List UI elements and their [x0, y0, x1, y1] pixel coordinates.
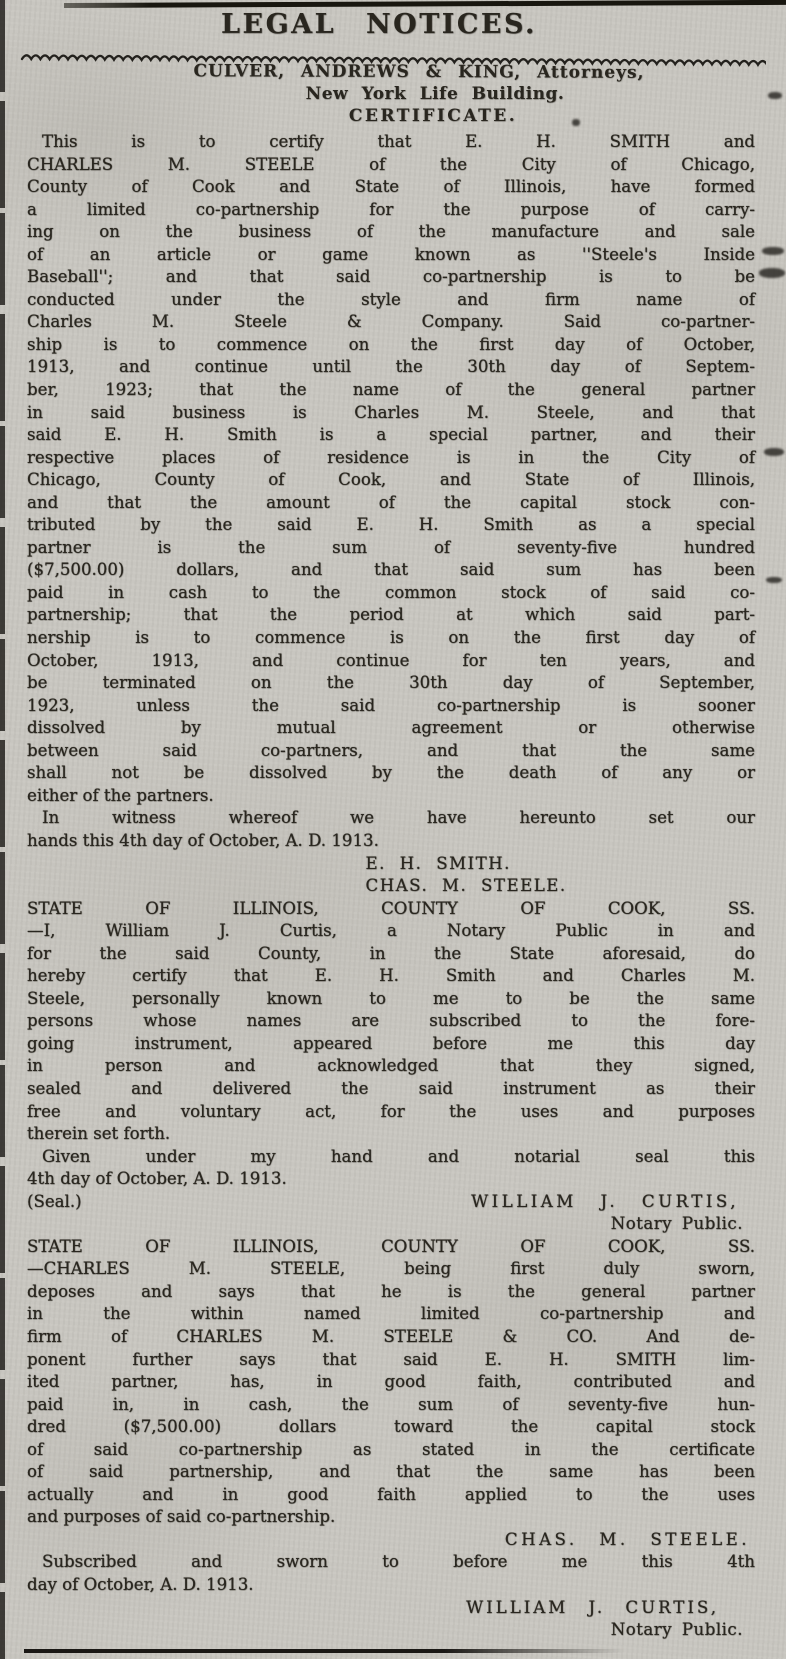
notice-text-line: deposes and says that he is the general … — [27, 1281, 755, 1304]
notice-text-line: dred ($7,500.00) dollars toward the capi… — [27, 1416, 755, 1439]
newspaper-clipping: LEGAL NOTICES. CULVER, ANDREWS & KING, A… — [0, 0, 786, 1659]
ink-smudge — [759, 268, 785, 278]
notice-text-line: actually and in good faith applied to th… — [27, 1484, 755, 1507]
notice-text-line: of said co-partnership as stated in the … — [27, 1439, 755, 1462]
notice-text-line: Notary Public. — [27, 1213, 755, 1236]
ink-smudge — [572, 119, 580, 126]
notice-text-line: free and voluntary act, for the uses and… — [27, 1101, 755, 1124]
notice-text-line: Steele, personally known to me to be the… — [27, 988, 755, 1011]
notice-text-line: dissolved by mutual agreement or otherwi… — [27, 717, 755, 740]
notice-text-line: STATE OF ILLINOIS, COUNTY OF COOK, SS. — [27, 1236, 755, 1259]
notice-text-line: Chicago, County of Cook, and State of Il… — [27, 469, 755, 492]
notice-text-line: hereby certify that E. H. Smith and Char… — [27, 965, 755, 988]
notice-text-line: ing on the business of the manufacture a… — [27, 221, 755, 244]
column-left-border-rule — [0, 0, 5, 1659]
seal-and-signature-row: (Seal.)WILLIAM J. CURTIS, — [27, 1191, 755, 1214]
notice-text-line: day of October, A. D. 1913. — [27, 1574, 755, 1597]
notice-text-line: This is to certify that E. H. SMITH and — [27, 131, 755, 154]
notice-text-line: Charles M. Steele & Company. Said co-par… — [27, 311, 755, 334]
ink-smudge — [768, 92, 782, 99]
notice-text-line: of an article or game known as ''Steele'… — [27, 244, 755, 267]
notary-signature: WILLIAM J. CURTIS, — [471, 1191, 755, 1214]
notice-text-line: Notary Public. — [27, 1619, 755, 1642]
notice-text-line: for the said County, in the State afores… — [27, 943, 755, 966]
notice-text-line: sealed and delivered the said instrument… — [27, 1078, 755, 1101]
ink-smudge — [766, 577, 782, 583]
notice-text-line: ship is to commence on the first day of … — [27, 334, 755, 357]
signature-line: WILLIAM J. CURTIS, — [27, 1597, 755, 1620]
notice-text-line: ponent further says that said E. H. SMIT… — [27, 1349, 755, 1372]
ink-smudge — [762, 247, 784, 255]
notice-text-line: In witness whereof we have hereunto set … — [27, 807, 755, 830]
notice-text-line: and purposes of said co-partnership. — [27, 1506, 755, 1529]
notice-text-line: Subscribed and sworn to before me this 4… — [27, 1551, 755, 1574]
notice-text-line: nership is to commence is on the first d… — [27, 627, 755, 650]
attorneys-line: CULVER, ANDREWS & KING, Attorneys, — [55, 61, 783, 85]
notice-text-line: County of Cook and State of Illinois, ha… — [27, 176, 755, 199]
top-border-rule — [64, 0, 786, 8]
notice-text-line: firm of CHARLES M. STEELE & CO. And de- — [27, 1326, 755, 1349]
notice-text-line: tributed by the said E. H. Smith as a sp… — [27, 514, 755, 537]
ink-smudge — [764, 448, 784, 456]
notice-text-line: either of the partners. — [27, 785, 755, 808]
notice-text-line: paid in cash to the common stock of said… — [27, 582, 755, 605]
notice-text-line: of said partnership, and that the same h… — [27, 1461, 755, 1484]
notice-text-line: ber, 1923; that the name of the general … — [27, 379, 755, 402]
notice-text-line: conducted under the style and firm name … — [27, 289, 755, 312]
notice-text-line: in said business is Charles M. Steele, a… — [27, 402, 755, 425]
bottom-border-rule — [24, 1649, 624, 1653]
section-header: LEGAL NOTICES. — [0, 9, 772, 41]
notice-text-line: Baseball''; and that said co-partnership… — [27, 266, 755, 289]
notice-text-line: partnership; that the period at which sa… — [27, 604, 755, 627]
notice-text-line: therein set forth. — [27, 1123, 755, 1146]
notice-text-line: partner is the sum of seventy-five hundr… — [27, 537, 755, 560]
notice-text-line: and that the amount of the capital stock… — [27, 492, 755, 515]
notice-text-line: 4th day of October, A. D. 1913. — [27, 1168, 755, 1191]
notice-body: This is to certify that E. H. SMITH andC… — [27, 131, 755, 1642]
address-line: New York Life Building. — [71, 84, 786, 106]
notice-text-line: CHARLES M. STEELE of the City of Chicago… — [27, 154, 755, 177]
notice-text-line: in person and acknowledged that they sig… — [27, 1055, 755, 1078]
notice-text-line: hands this 4th day of October, A. D. 191… — [27, 830, 755, 853]
notice-text-line: Given under my hand and notarial seal th… — [27, 1146, 755, 1169]
signature-line: CHAS. M. STEELE. — [27, 1529, 755, 1552]
notice-text-line: October, 1913, and continue for ten year… — [27, 650, 755, 673]
notice-text-line: in the within named limited co-partnersh… — [27, 1303, 755, 1326]
notice-text-line: persons whose names are subscribed to th… — [27, 1010, 755, 1033]
notice-heading-block: CULVER, ANDREWS & KING, Attorneys, New Y… — [27, 62, 755, 127]
notice-text-line: respective places of residence is in the… — [27, 447, 755, 470]
notice-text-line: STATE OF ILLINOIS, COUNTY OF COOK, SS. — [27, 898, 755, 921]
notice-text-line: between said co-partners, and that the s… — [27, 740, 755, 763]
seal-label: (Seal.) — [27, 1191, 82, 1214]
signature-line: CHAS. M. STEELE. — [366, 875, 755, 898]
document-title: CERTIFICATE. — [69, 106, 786, 128]
notice-text-line: said E. H. Smith is a special partner, a… — [27, 424, 755, 447]
signature-line: E. H. SMITH. — [366, 853, 755, 876]
notice-text-line: a limited co-partnership for the purpose… — [27, 199, 755, 222]
notice-text-line: shall not be dissolved by the death of a… — [27, 762, 755, 785]
notice-text-line: 1923, unless the said co-partnership is … — [27, 695, 755, 718]
notice-text-line: ($7,500.00) dollars, and that said sum h… — [27, 559, 755, 582]
notice-text-line: —I, William J. Curtis, a Notary Public i… — [27, 920, 755, 943]
notice-text-line: going instrument, appeared before me thi… — [27, 1033, 755, 1056]
notice-text-line: be terminated on the 30th day of Septemb… — [27, 672, 755, 695]
notice-text-line: paid in, in cash, the sum of seventy-fiv… — [27, 1394, 755, 1417]
notice-text-line: 1913, and continue until the 30th day of… — [27, 356, 755, 379]
notice-text-line: —CHARLES M. STEELE, being first duly swo… — [27, 1258, 755, 1281]
notice-text-line: ited partner, has, in good faith, contri… — [27, 1371, 755, 1394]
